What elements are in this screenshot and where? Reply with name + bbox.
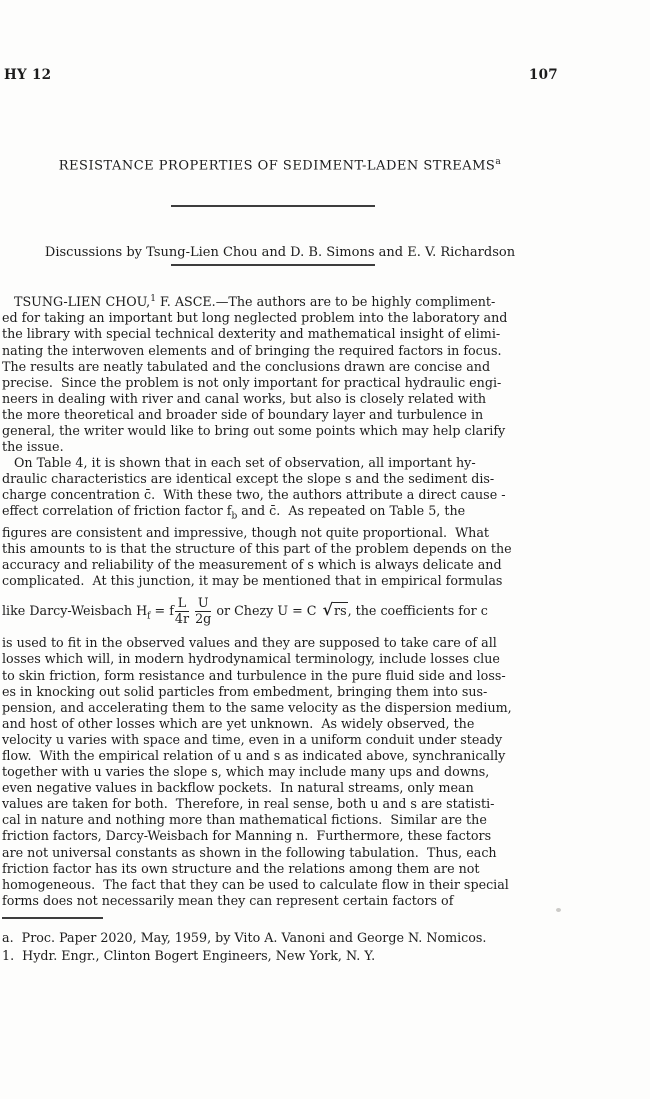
text-line: the more theoretical and broader side of… [2,407,562,423]
scan-artifact [556,908,561,912]
footnote-line: a. Proc. Paper 2020, May, 1959, by Vito … [2,929,560,947]
article-body: TSUNG-LIEN CHOU,1 F. ASCE.—The authors a… [2,291,562,909]
text-line: losses which will, in modern hydrodynami… [2,651,562,667]
paragraph: On Table 4, it is shown that in each set… [2,455,562,909]
footnote-line: 1. Hydr. Engr., Clinton Bogert Engineers… [2,947,560,965]
text-line: values are taken for both. Therefore, in… [2,796,562,812]
text-line: charge concentration c̄. With these two,… [2,487,562,503]
text-line: accuracy and reliability of the measurem… [2,557,562,573]
text-line: together with u varies the slope s, whic… [2,764,562,780]
text-line: nating the interwoven elements and of br… [2,343,562,359]
title-divider [171,205,375,207]
text-line: On Table 4, it is shown that in each set… [2,455,562,471]
superscript: a [495,157,501,167]
footnote-divider [2,917,103,919]
superscript: 1 [150,294,156,304]
text-line: like Darcy-Weisbach Hf = fL4r U2g or Che… [2,589,562,635]
text-line: the issue. [2,439,562,455]
text-line: neers in dealing with river and canal wo… [2,391,562,407]
text-line: ed for taking an important but long negl… [2,310,562,326]
subscript: f [147,612,150,622]
text-line: complicated. At this junction, it may be… [2,573,562,589]
subscript: b [231,512,237,522]
fraction-numerator: L [175,597,189,612]
paragraph: TSUNG-LIEN CHOU,1 F. ASCE.—The authors a… [2,291,562,455]
text-line: to skin friction, form resistance and tu… [2,668,562,684]
page-header: HY 12 107 [4,67,558,83]
text-line: TSUNG-LIEN CHOU,1 F. ASCE.—The authors a… [2,291,562,310]
text-line: this amounts to is that the structure of… [2,541,562,557]
text-line: and host of other losses which are yet u… [2,716,562,732]
text-line: homogeneous. The fact that they can be u… [2,877,562,893]
text-line: velocity u varies with space and time, e… [2,732,562,748]
fraction-denominator: 2g [195,612,211,626]
text-line: general, the writer would like to bring … [2,423,562,439]
text-line: precise. Since the problem is not only i… [2,375,562,391]
byline-divider [171,264,375,266]
text-line: friction factor has its own structure an… [2,861,562,877]
footnotes: a. Proc. Paper 2020, May, 1959, by Vito … [2,929,560,964]
text-line: forms does not necessarily mean they can… [2,893,562,909]
fraction: U2g [195,597,211,626]
text-line: The results are neatly tabulated and the… [2,359,562,375]
text-line: are not universal constants as shown in … [2,845,562,861]
text-line: is used to fit in the observed values an… [2,635,562,651]
text-line: cal in nature and nothing more than math… [2,812,562,828]
discussion-byline: Discussions by Tsung-Lien Chou and D. B.… [2,245,558,260]
text-line: es in knocking out solid particles from … [2,684,562,700]
page-number: 107 [529,67,558,83]
text-line: flow. With the empirical relation of u a… [2,748,562,764]
text-line: draulic characteristics are identical ex… [2,471,562,487]
text-line: figures are consistent and impressive, t… [2,525,562,541]
text-line: effect correlation of friction factor fb… [2,503,562,525]
radicand: rs [333,602,348,618]
article-title: RESISTANCE PROPERTIES OF SEDIMENT-LADEN … [2,157,558,173]
text-line: the library with special technical dexte… [2,326,562,342]
journal-issue-code: HY 12 [4,67,51,83]
fraction-denominator: 4r [175,612,189,626]
text-line: pension, and accelerating them to the sa… [2,700,562,716]
radical-icon: √ [322,600,333,619]
text-line: friction factors, Darcy-Weisbach for Man… [2,828,562,844]
fraction-numerator: U [195,597,211,612]
fraction: L4r [175,597,189,626]
text-line: even negative values in backflow pockets… [2,780,562,796]
document-page: HY 12 107 RESISTANCE PROPERTIES OF SEDIM… [0,0,650,1099]
